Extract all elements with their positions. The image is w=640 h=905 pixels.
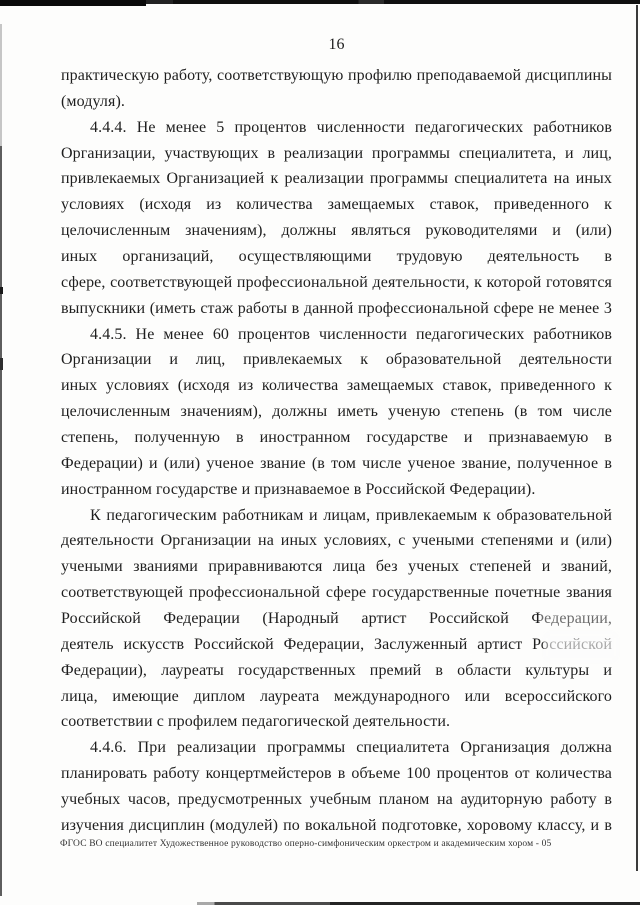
- text-line: степень, полученную в иностранном госуда…: [61, 425, 612, 451]
- text-line: иных условиях (исходя из количества заме…: [61, 373, 612, 399]
- text-line: практическую работу, соответствующую про…: [61, 63, 612, 89]
- text-line: привлекаемых Организацией к реализации п…: [61, 166, 612, 192]
- text-line: Организации и лиц, привлекаемых к образо…: [61, 347, 612, 373]
- text-line: 4.4.5. Не менее 60 процентов численности…: [61, 322, 612, 348]
- text-line: соответствии с профилем педагогической д…: [61, 709, 612, 735]
- scan-mark: [0, 287, 3, 294]
- scan-edge-top-left: [0, 0, 146, 6]
- text-line: сфере, соответствующей профессиональной …: [61, 270, 612, 296]
- scan-mark: [0, 358, 3, 370]
- text-line: иностранном государстве и признаваемое в…: [61, 477, 612, 503]
- page-number: 16: [61, 36, 612, 54]
- text-line: Федерации), лауреаты государственных пре…: [61, 658, 612, 684]
- text-line: 4.4.4. Не менее 5 процентов численности …: [61, 115, 612, 141]
- text-line: иных организаций, осуществляющими трудов…: [61, 244, 612, 270]
- text-line: соответствующей профессиональной сфере г…: [61, 580, 612, 606]
- text-line: деятель искусств Российской Федерации, З…: [61, 632, 612, 658]
- text-line: условиях (исходя из количества замещаемы…: [61, 192, 612, 218]
- scan-edge-right: [636, 5, 638, 871]
- text-line: изучения дисциплин (модулей) по вокально…: [61, 813, 612, 839]
- document-page: 16 практическую работу, соответствующую …: [0, 0, 640, 905]
- text-line: планировать работу концертмейстеров в об…: [61, 761, 612, 787]
- text-line: 4.4.6. При реализации программы специали…: [61, 735, 612, 761]
- scan-smudge: [548, 636, 614, 658]
- text-line: Организации, участвующих в реализации пр…: [61, 141, 612, 167]
- text-line: выпускники (иметь стаж работы в данной п…: [61, 296, 612, 322]
- text-line: целочисленным значениям), должны иметь у…: [61, 399, 612, 425]
- text-line: деятельности Организации на иных условия…: [61, 528, 612, 554]
- text-line: (модуля).: [61, 89, 612, 115]
- text-line: лица, имеющие диплом лауреата международ…: [61, 684, 612, 710]
- scan-smudge: [540, 612, 614, 632]
- footer-note: ФГОС ВО специалитет Художественное руков…: [60, 839, 620, 849]
- text-line: К педагогическим работникам и лицам, при…: [61, 503, 612, 529]
- document-body: практическую работу, соответствующую про…: [61, 63, 612, 839]
- text-line: целочисленным значениям), должны являтьс…: [61, 218, 612, 244]
- text-line: учебных часов, предусмотренных учебным п…: [61, 787, 612, 813]
- text-line: Российской Федерации (Народный артист Ро…: [61, 606, 612, 632]
- text-line: Федерации) и (или) ученое звание (в том …: [61, 451, 612, 477]
- scan-edge-left: [0, 24, 2, 896]
- text-line: учеными званиями приравниваются лица без…: [61, 554, 612, 580]
